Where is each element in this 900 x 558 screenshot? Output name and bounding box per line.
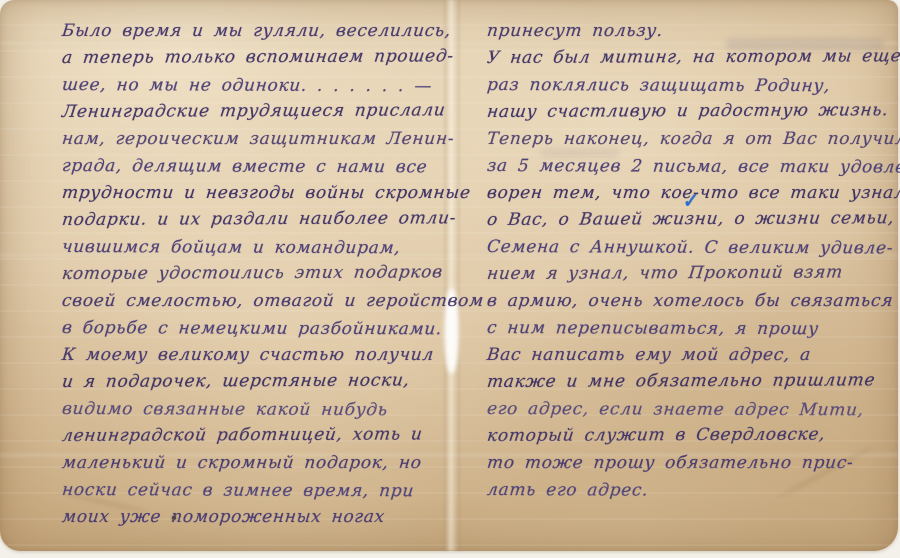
letter-line: принесут пользу. <box>486 18 893 45</box>
letter-line: К моему великому счастью получил <box>61 342 462 369</box>
letter-line: ленинградской работницей, хоть и <box>60 421 461 450</box>
letter-line: который служит в Свердловске, <box>485 421 892 450</box>
letter-paper: Было время и мы гуляли, веселились,а теп… <box>0 0 898 551</box>
letter-right-page: принесут пользу.У нас был митинг, на кот… <box>487 18 891 504</box>
letter-line: за 5 месяцев 2 письма, все таки удовлет <box>486 153 892 181</box>
letter-line: У нас был митинг, на котором мы еще <box>485 43 892 72</box>
letter-line: нам, героическим защитникам Ленин- <box>61 126 462 153</box>
letter-line: своей смелостью, отвагой и геройством <box>61 288 462 315</box>
letter-line: носки сейчас в зимнее время, при <box>61 477 461 505</box>
letter-line: Вас написать ему мой адрес, а <box>486 342 893 369</box>
letter-line: лать его адрес. <box>486 477 892 505</box>
letter-line: и я подарочек, шерстяные носки, <box>60 367 461 396</box>
letter-line: подарки. и их раздали наиболее отли- <box>60 205 461 234</box>
letter-line: раз поклялись защищать Родину, <box>486 72 892 100</box>
letter-line: его адрес, если знаете адрес Мити, <box>486 396 892 424</box>
check-mark-annotation: ✓ <box>683 189 700 213</box>
letter-left-page: Было время и мы гуляли, веселились,а теп… <box>62 18 460 531</box>
letter-line: трудности и невзгоды войны скромные <box>61 180 462 207</box>
letter-line: Теперь наконец, когда я от Вас получил <box>486 126 893 153</box>
letter-line: Ленинградские трудящиеся прислали <box>60 97 461 126</box>
letter-line: града, делящим вместе с нами все <box>61 153 461 181</box>
letter-line: нием я узнал, что Прокопий взят <box>485 259 892 288</box>
letter-line: в армию, очень хотелось бы связаться <box>486 288 893 315</box>
letter-line: также и мне обязательно пришлите <box>485 367 892 396</box>
letter-line: чившимся бойцам и командирам, <box>61 234 461 262</box>
letter-line: маленький и скромный подарок, но <box>61 450 462 477</box>
letter-line: в борьбе с немецкими разбойниками. <box>61 315 461 343</box>
letter-line: Было время и мы гуляли, веселились, <box>61 18 462 45</box>
letter-line: с ним переписываться, я прошу <box>486 315 892 343</box>
letter-line: моих уже помороженных ногах <box>61 504 462 531</box>
scan-background: Было время и мы гуляли, веселились,а теп… <box>0 0 900 558</box>
letter-line: то тоже прошу обязательно прис- <box>486 450 893 477</box>
letter-line: которые удостоились этих подарков <box>60 259 461 288</box>
letter-line: Семена с Аннушкой. С великим удивле- <box>486 234 892 262</box>
letter-line: нашу счастливую и радостную жизнь. <box>485 97 892 126</box>
letter-line: видимо связанные какой нибудь <box>61 396 461 424</box>
letter-line: а теперь только вспоминаем прошед- <box>60 43 461 72</box>
letter-line: шее, но мы не одиноки. . . . . . . — <box>61 72 461 100</box>
